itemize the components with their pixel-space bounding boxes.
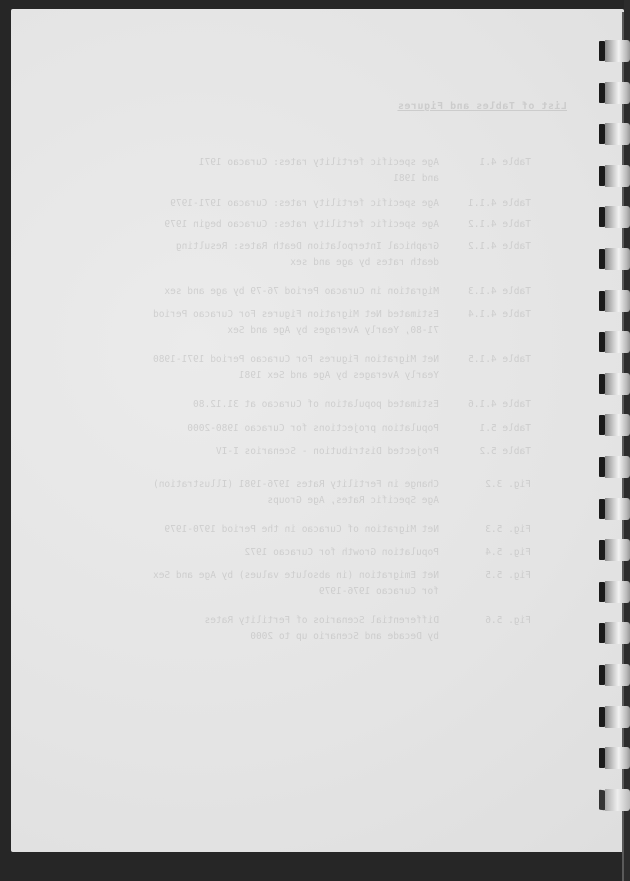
ring-loop bbox=[605, 664, 630, 686]
entry-description: Age specific fertility rates: Curacao 19… bbox=[199, 157, 439, 189]
ring-loop bbox=[605, 456, 630, 478]
ring-loop bbox=[605, 622, 630, 644]
entry-description: Age specific fertility rates: Curacao be… bbox=[164, 219, 439, 235]
binding-ring bbox=[599, 206, 630, 228]
entry-description: Estimated population of Curacao at 31.12… bbox=[193, 399, 439, 415]
ring-loop bbox=[605, 498, 630, 520]
binding-ring bbox=[599, 414, 630, 436]
entry-label: Table 4.1.3 bbox=[451, 286, 531, 298]
binding-ring bbox=[599, 373, 630, 395]
ring-loop bbox=[605, 414, 630, 436]
ring-loop bbox=[605, 539, 630, 561]
ring-loop bbox=[605, 706, 630, 728]
ring-loop bbox=[605, 747, 630, 769]
entry-label: Fig. 5.3 bbox=[451, 524, 531, 536]
entry-label: Table 4.1.5 bbox=[451, 354, 531, 366]
entry-description: Migration in Curacao Period 76-79 by age… bbox=[164, 286, 439, 302]
entry-description: Net Migration Figures For Curacao Period… bbox=[153, 354, 439, 386]
entry-description: Population Growth for Curacao 1972 bbox=[245, 547, 439, 563]
ring-loop bbox=[605, 248, 630, 270]
entry-description: Age specific fertility rates: Curacao 19… bbox=[170, 198, 439, 214]
binding-ring bbox=[599, 706, 630, 728]
binding-ring bbox=[599, 456, 630, 478]
binding-ring bbox=[599, 622, 630, 644]
ring-loop bbox=[605, 789, 630, 811]
entry-description: Graphical Interpolation Death Rates: Res… bbox=[176, 241, 439, 273]
entry-label: Table 5.2 bbox=[451, 446, 531, 458]
entry-description: Net Migration of Curacao in the Period 1… bbox=[164, 524, 439, 540]
binding-ring bbox=[599, 331, 630, 353]
entry-description: Change in Fertility Rates 1976-1981 (Ill… bbox=[153, 479, 439, 511]
ring-loop bbox=[605, 123, 630, 145]
show-through-text: List of Tables and Figures Table 4.1Age … bbox=[11, 9, 624, 852]
binding-ring bbox=[599, 40, 630, 62]
binding-ring bbox=[599, 248, 630, 270]
entry-label: Table 5.1 bbox=[451, 423, 531, 435]
entry-description: Estimated Net Migration Figures For Cura… bbox=[153, 309, 439, 341]
entry-label: Table 4.1.2 bbox=[451, 241, 531, 253]
binding-ring bbox=[599, 290, 630, 312]
entry-label: Fig. 3.2 bbox=[451, 479, 531, 491]
binding-ring bbox=[599, 123, 630, 145]
ring-loop bbox=[605, 581, 630, 603]
ring-loop bbox=[605, 290, 630, 312]
scanned-page: List of Tables and Figures Table 4.1Age … bbox=[11, 9, 624, 852]
binding-ring bbox=[599, 747, 630, 769]
ring-loop bbox=[605, 82, 630, 104]
entry-label: Fig. 5.6 bbox=[451, 615, 531, 627]
entry-description: Net Emigration (in absolute values) by A… bbox=[153, 570, 439, 602]
entry-label: Table 4.1.4 bbox=[451, 309, 531, 321]
binding-ring bbox=[599, 581, 630, 603]
entry-description: Projected Distribution - Scenarios I-IV bbox=[216, 446, 439, 462]
entry-label: Fig. 5.4 bbox=[451, 547, 531, 559]
entry-label: Table 4.1.2 bbox=[451, 219, 531, 231]
list-heading: List of Tables and Figures bbox=[397, 101, 567, 112]
binding-ring bbox=[599, 789, 630, 811]
ring-loop bbox=[605, 40, 630, 62]
entry-description: Population projections for Curacao 1980-… bbox=[187, 423, 439, 439]
ring-loop bbox=[605, 165, 630, 187]
binding-ring bbox=[599, 82, 630, 104]
binding-ring bbox=[599, 165, 630, 187]
binding-ring bbox=[599, 498, 630, 520]
entry-description: Differential Scenarios of Fertility Rate… bbox=[205, 615, 440, 647]
entry-label: Table 4.1.1 bbox=[451, 198, 531, 210]
entry-label: Fig. 5.5 bbox=[451, 570, 531, 582]
ring-loop bbox=[605, 373, 630, 395]
ring-loop bbox=[605, 331, 630, 353]
binding-ring bbox=[599, 539, 630, 561]
ring-loop bbox=[605, 206, 630, 228]
binding-ring bbox=[599, 664, 630, 686]
entry-label: Table 4.1 bbox=[451, 157, 531, 169]
entry-label: Table 4.1.6 bbox=[451, 399, 531, 411]
